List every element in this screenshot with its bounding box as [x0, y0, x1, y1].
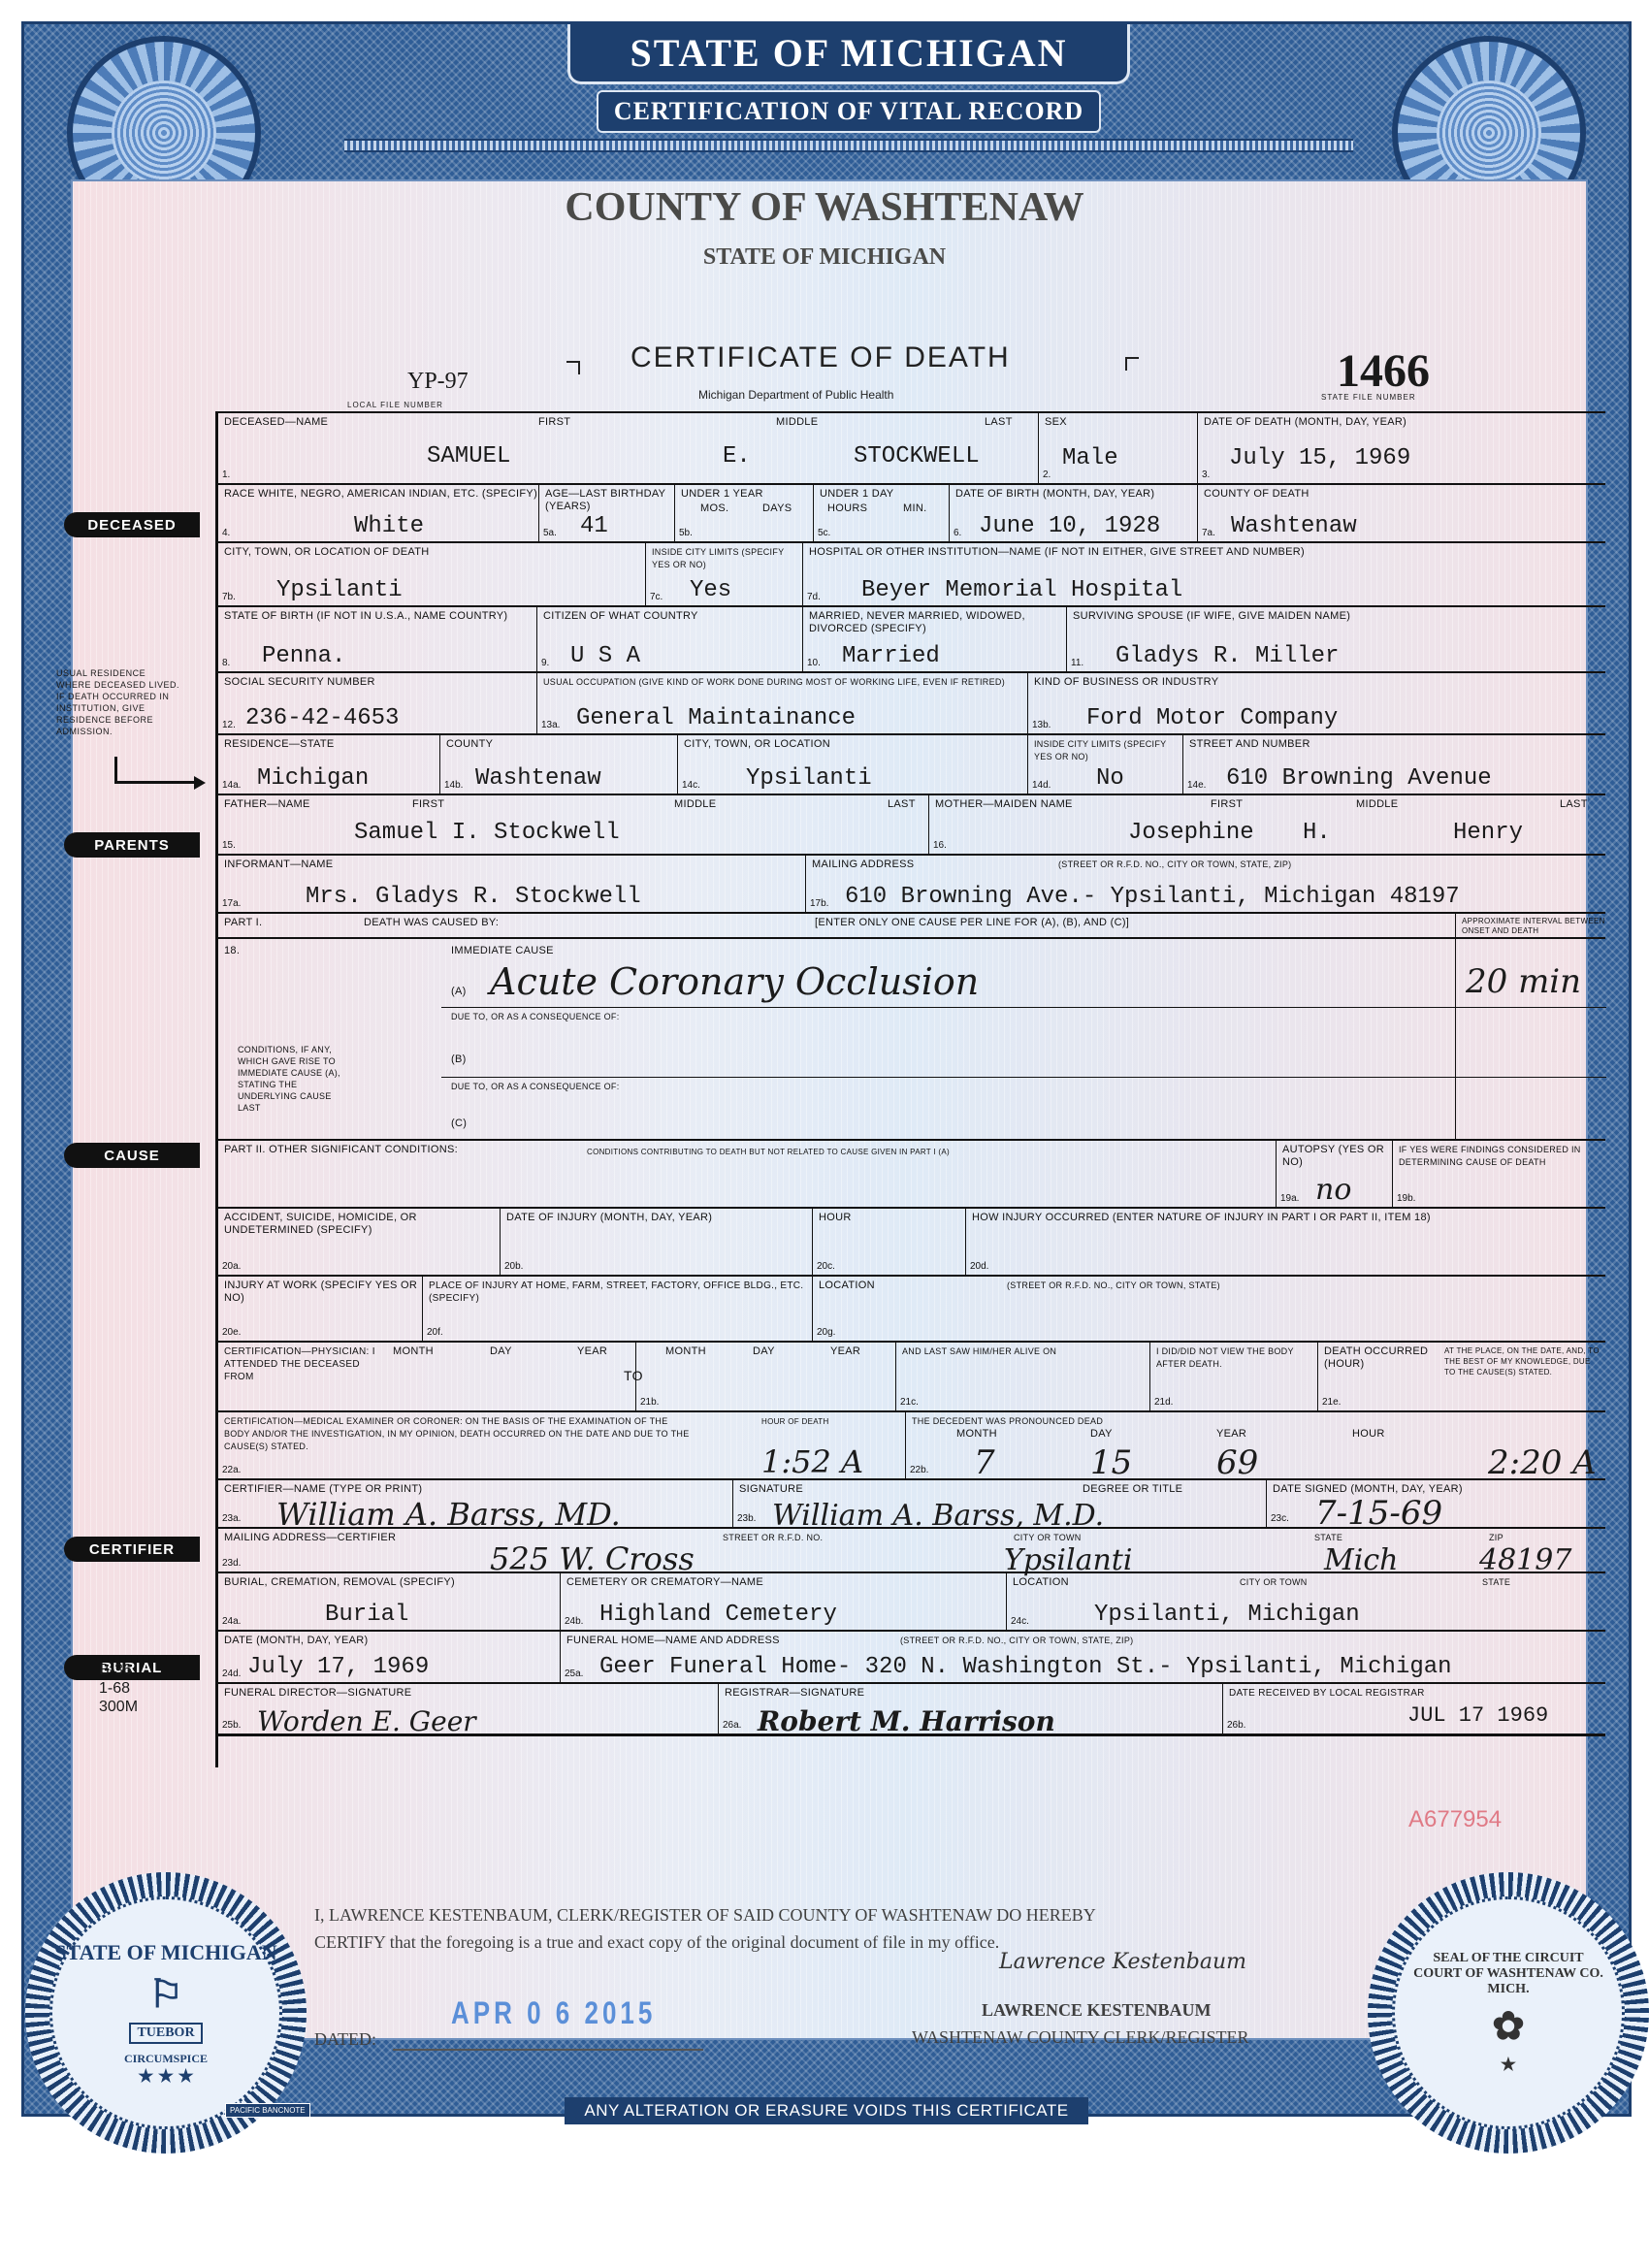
printer-mark: PACIFIC BANCNOTE — [225, 2103, 310, 2118]
row-examiner-cert: CERTIFICATION—MEDICAL EXAMINER OR CORONE… — [218, 1410, 1605, 1478]
local-file-label: LOCAL FILE NUMBER — [347, 401, 443, 409]
deceased-last-name: STOCKWELL — [854, 443, 980, 470]
department-name: Michigan Department of Public Health — [698, 388, 893, 402]
field-ssn: SOCIAL SECURITY NUMBER 12. 236-42-4653 — [218, 673, 536, 733]
row-informant: INFORMANT—NAME 17a. Mrs. Gladys R. Stock… — [218, 854, 1605, 912]
row-certifier-name: CERTIFIER—NAME (TYPE OR PRINT) 23a. Will… — [218, 1478, 1605, 1527]
state-file-number: 1466 — [1337, 344, 1430, 398]
field-residence-county: COUNTY 14b. Washtenaw — [439, 735, 677, 794]
field-under-1-day: UNDER 1 DAY HOURS MIN. 5c. — [813, 485, 949, 541]
field-residence-street: STREET AND NUMBER 14e. 610 Browning Aven… — [1182, 735, 1605, 794]
field-deceased-name: DECEASED—NAME FIRST MIDDLE LAST 1. SAMUE… — [218, 413, 1038, 483]
funeral-director-signature: Worden E. Geer — [257, 1705, 476, 1737]
row-injury: ACCIDENT, SUICIDE, HOMICIDE, OR UNDETERM… — [218, 1207, 1605, 1275]
row-name: DECEASED—NAME FIRST MIDDLE LAST 1. SAMUE… — [218, 411, 1605, 483]
void-notice: ANY ALTERATION OR ERASURE VOIDS THIS CER… — [565, 2097, 1088, 2124]
row-residence: RESIDENCE—STATE 14a. Michigan COUNTY 14b… — [218, 733, 1605, 794]
hour-of-death: 1:52 A — [761, 1443, 863, 1480]
state-file-label: STATE FILE NUMBER — [1321, 393, 1416, 402]
field-date-of-death: DATE OF DEATH (MONTH, DAY, YEAR) 3. July… — [1197, 413, 1605, 483]
field-marital-status: MARRIED, NEVER MARRIED, WIDOWED, DIVORCE… — [802, 607, 1066, 671]
serial-number: A677954 — [1408, 1806, 1502, 1833]
field-autopsy: AUTOPSY (YES OR NO) 19a. no — [1276, 1141, 1392, 1207]
field-county-of-death: COUNTY OF DEATH 7a. Washtenaw — [1197, 485, 1605, 541]
certificate-title: CERTIFICATE OF DEATH — [630, 341, 1011, 374]
field-state-of-birth: STATE OF BIRTH (IF NOT IN U.S.A., NAME C… — [218, 607, 536, 671]
field-industry: KIND OF BUSINESS OR INDUSTRY 13b. Ford M… — [1027, 673, 1605, 733]
clerk-name: LAWRENCE KESTENBAUM — [982, 2000, 1212, 2021]
section-tab-deceased: DECEASED — [64, 512, 200, 537]
county-subtitle: STATE OF MICHIGAN — [0, 244, 1649, 271]
corner-mark — [1125, 357, 1139, 371]
row-part2: PART II. OTHER SIGNIFICANT CONDITIONS: C… — [218, 1139, 1605, 1207]
row-part1-header: PART I. DEATH WAS CAUSED BY: [ENTER ONLY… — [218, 912, 1605, 937]
arrow-icon — [114, 757, 196, 784]
field-date-of-birth: DATE OF BIRTH (MONTH, DAY, YEAR) 6. June… — [949, 485, 1197, 541]
row-birth-citizenship: STATE OF BIRTH (IF NOT IN U.S.A., NAME C… — [218, 605, 1605, 671]
field-city-of-death: CITY, TOWN, OR LOCATION OF DEATH 7b. Yps… — [218, 543, 645, 605]
row-place-of-death: CITY, TOWN, OR LOCATION OF DEATH 7b. Yps… — [218, 541, 1605, 605]
corner-mark — [566, 361, 580, 374]
registrar-signature: Robert M. Harrison — [758, 1705, 1055, 1737]
field-informant: INFORMANT—NAME 17a. Mrs. Gladys R. Stock… — [218, 856, 805, 912]
deceased-middle-name: E. — [723, 443, 751, 470]
row-race-age: RACE WHITE, NEGRO, AMERICAN INDIAN, ETC.… — [218, 483, 1605, 541]
immediate-cause: Acute Coronary Occlusion — [490, 960, 979, 1003]
field-citizenship: CITIZEN OF WHAT COUNTRY 9. U S A — [536, 607, 802, 671]
field-residence-city: CITY, TOWN, OR LOCATION 14c. Ypsilanti — [677, 735, 1027, 794]
field-onset-interval: 20 min — [1455, 939, 1605, 1139]
form-code: B-36 1-68 300M — [99, 1661, 138, 1716]
field-race: RACE WHITE, NEGRO, AMERICAN INDIAN, ETC.… — [218, 485, 538, 541]
row-signatures: FUNERAL DIRECTOR—SIGNATURE 25b. Worden E… — [218, 1682, 1605, 1736]
clerk-title: WASHTENAW COUNTY CLERK/REGISTER — [912, 2027, 1249, 2048]
field-autopsy-findings: IF YES WERE FINDINGS CONSIDERED IN DETER… — [1392, 1141, 1605, 1207]
clerk-signature: Lawrence Kestenbaum — [999, 1950, 1246, 1974]
field-residence-state: RESIDENCE—STATE 14a. Michigan — [218, 735, 439, 794]
received-stamp: JUL 17 1969 — [1407, 1703, 1548, 1728]
row-burial: BURIAL, CREMATION, REMOVAL (SPECIFY) 24a… — [218, 1571, 1605, 1630]
row-physician-cert: CERTIFICATION—PHYSICIAN: I ATTENDED THE … — [218, 1341, 1605, 1410]
dated-line — [393, 2049, 703, 2051]
field-hospital: HOSPITAL OR OTHER INSTITUTION—NAME (IF N… — [802, 543, 1605, 605]
dated-label: DATED: — [314, 2029, 376, 2050]
field-inside-city-limits: INSIDE CITY LIMITS (SPECIFY YES OR NO) 7… — [645, 543, 802, 605]
row-funeral-home: DATE (MONTH, DAY, YEAR) 24d. July 17, 19… — [218, 1630, 1605, 1682]
row-ssn-occupation: SOCIAL SECURITY NUMBER 12. 236-42-4653 U… — [218, 671, 1605, 733]
local-file-number: YP-97 — [407, 369, 469, 395]
circuit-court-seal-icon: SEAL OF THE CIRCUIT COURT OF WASHTENAW C… — [1368, 1872, 1649, 2154]
row-injury-place: INJURY AT WORK (SPECIFY YES OR NO) 20e. … — [218, 1275, 1605, 1341]
section-tab-cause: CAUSE — [64, 1143, 200, 1168]
field-occupation: USUAL OCCUPATION (GIVE KIND OF WORK DONE… — [536, 673, 1027, 733]
deceased-first-name: SAMUEL — [427, 443, 510, 470]
field-mailing-address: MAILING ADDRESS (STREET OR R.F.D. NO., C… — [805, 856, 1605, 912]
field-under-1-year: UNDER 1 YEAR MOS. DAYS 5b. — [674, 485, 813, 541]
dated-stamp: APR 0 6 2015 — [451, 1994, 656, 2032]
field-residence-inside-city: INSIDE CITY LIMITS (SPECIFY YES OR NO) 1… — [1027, 735, 1182, 794]
state-banner: STATE OF MICHIGAN — [567, 24, 1130, 84]
field-age: AGE—LAST BIRTHDAY (YEARS) 5a. 41 — [538, 485, 674, 541]
field-sex: SEX 2. Male — [1038, 413, 1197, 483]
field-mother-name: MOTHER—MAIDEN NAME FIRST MIDDLE LAST 16.… — [928, 795, 1605, 854]
row-cause-of-death: 18. IMMEDIATE CAUSE (a) Acute Coronary O… — [218, 937, 1605, 1139]
residence-note: USUAL RESIDENCE WHERE DECEASED LIVED. IF… — [56, 667, 182, 737]
clerk-certification: I, LAWRENCE KESTENBAUM, CLERK/REGISTER O… — [314, 1901, 1362, 1956]
section-tab-certifier: CERTIFIER — [64, 1537, 200, 1562]
certification-banner: CERTIFICATION OF VITAL RECORD — [597, 90, 1101, 133]
row-parents: FATHER—NAME FIRST MIDDLE LAST 15. Samuel… — [218, 794, 1605, 854]
row-certifier-address: MAILING ADDRESS—CERTIFIER STREET OR R.F.… — [218, 1527, 1605, 1571]
death-certificate-form: DECEASED—NAME FIRST MIDDLE LAST 1. SAMUE… — [215, 411, 1602, 1767]
section-tab-parents: PARENTS — [64, 832, 200, 858]
county-title: COUNTY OF WASHTENAW — [0, 184, 1649, 231]
field-father-name: FATHER—NAME FIRST MIDDLE LAST 15. Samuel… — [218, 795, 928, 854]
field-surviving-spouse: SURVIVING SPOUSE (IF WIFE, GIVE MAIDEN N… — [1066, 607, 1605, 671]
decorative-bar — [344, 139, 1353, 152]
